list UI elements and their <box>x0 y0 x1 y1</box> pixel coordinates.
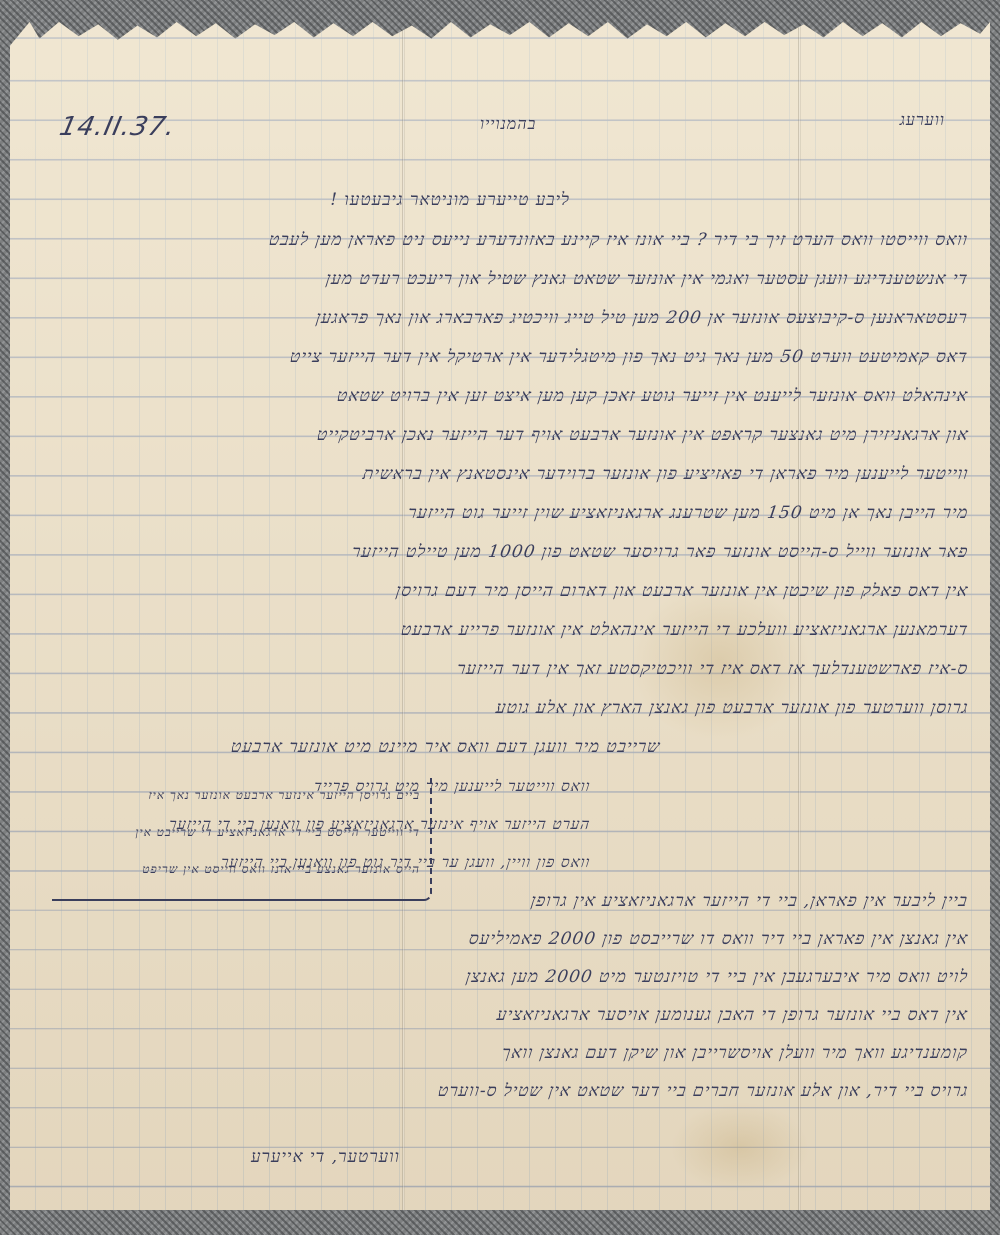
letter-line: דערמאנען ארגאניזאציע וועלכע די הייזער אי… <box>399 620 969 640</box>
paper-stain <box>670 1102 810 1192</box>
letter-line: אינהאלט וואס אונזער לייענט אין זייער גוט… <box>336 386 970 406</box>
boxed-note-line: הייס אונזער גאנצע ביי אונז וואס ווייסט א… <box>52 851 430 888</box>
letter-line: ווייטער לייענען מיר פאראן די פאזיציע פון… <box>361 464 969 484</box>
letter-line: אין דאס ביי אונזער גרופן די האבן גענומען… <box>496 1005 970 1025</box>
letter-line: לויט וואס מיר איבערגעבן אין ביי די טויזנ… <box>464 967 969 987</box>
letter-header-right: ווערעג <box>900 110 945 130</box>
letter-line: רעסטאראנען ס-קיבוצעס אונזער אן 200 מען ט… <box>315 308 969 328</box>
letter-header-center: בהמנוייו <box>480 114 536 134</box>
letter-line: דאס קאמיטעט ווערט 50 מען נאך גיט נאך פון… <box>289 347 970 367</box>
letter-line: אין דאס פאלק פון שיכטן אין אונזער ארבעט … <box>394 581 969 601</box>
letter-line: פאר אונזער ווייל ס-הייסט אונזער פאר גרוי… <box>350 542 969 562</box>
letter-paper: 14.II.37. בהמנוייו ווערעג ליבע טייערע מו… <box>10 22 990 1210</box>
letter-line: אין גאנצן אין פאראן ביי דיר וואס דו שריי… <box>468 929 970 949</box>
letter-line: גרויס ביי דיר, און אלע אונזער חברים ביי … <box>436 1081 969 1101</box>
boxed-note-line: ביים גרויסן הייזער אינזער ארבעט אונזער נ… <box>52 777 430 814</box>
letter-line: די אנשטענדיגע וועגן עסטער ואגמי אין אונז… <box>325 269 970 289</box>
letter-line: וואס ווייסטו וואס הערט זיך בי דיר ? ביי … <box>268 230 970 250</box>
letter-line: ביין ליבער אין פאראן, ביי די הייזער ארגא… <box>530 891 970 911</box>
letter-line: שרייבט מיר וועגן דעם וואס איר מיינט מיט … <box>229 737 661 757</box>
letter-line: גרוסן ווערטער פון אונזער ארבעט פון גאנצן… <box>494 698 969 718</box>
boxed-note-line: די ווייטער הייסט ביי די ארגאניזאציע די ש… <box>52 814 430 851</box>
letter-line: ס-איז פארשטענדלעך אז דאס איז די וויכטיקס… <box>455 659 969 679</box>
letter-line: מיר הייבן נאך אן מיט 150 מען שטרענג ארגא… <box>406 503 969 523</box>
letter-date: 14.II.37. <box>57 112 179 142</box>
letter-line: און ארגאניזירן מיט גאנצער קראפט אין אונז… <box>315 425 969 445</box>
boxed-note: ביים גרויסן הייזער אינזער ארבעט אונזער נ… <box>52 777 432 901</box>
letter-line: קומענדיגע וואך מיר וועלן אויסשרייבן און … <box>501 1043 969 1063</box>
letter-salutation: ליבע טייערע מוניטאר גיבעטעו ! <box>330 190 570 210</box>
fold-line <box>798 22 801 1210</box>
letter-closing: ווערטער, די אייערע <box>251 1147 400 1167</box>
